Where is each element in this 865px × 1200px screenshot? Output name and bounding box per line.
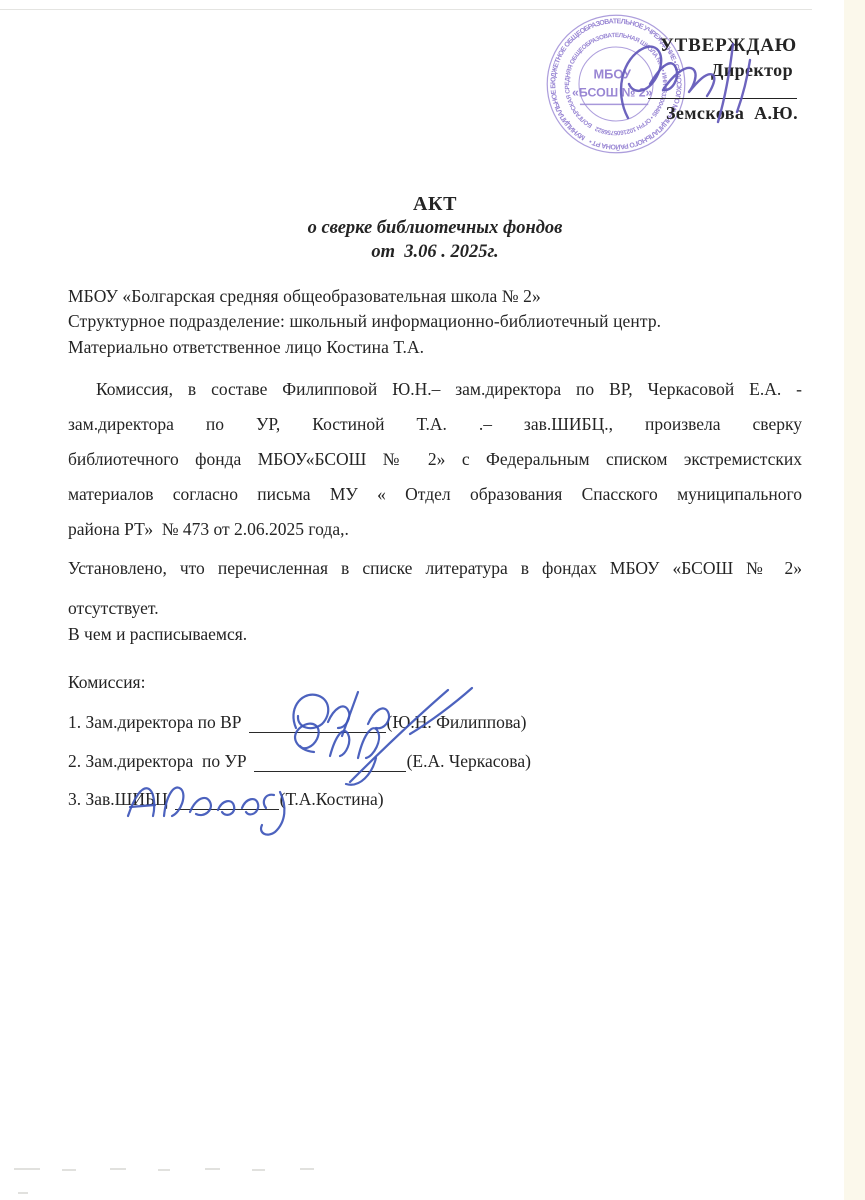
- main-paragraph: Комиссия, в составе Филипповой Ю.Н.– зам…: [68, 372, 802, 547]
- scan-artifact-dash: [110, 1168, 126, 1170]
- scan-artifact-right-band: [844, 0, 865, 1200]
- scan-artifact-dash: [62, 1169, 76, 1171]
- finding-statement: Установлено, что перечисленная в списке …: [68, 548, 802, 628]
- paragraph-line: библиотечного фонда МБОУ«БСОШ № 2» с Фед…: [68, 442, 802, 477]
- organization-name: МБОУ «Болгарская средняя общеобразовател…: [68, 284, 808, 309]
- scan-artifact-dash: [14, 1168, 40, 1170]
- member-role: 1. Зам.директора по ВР: [68, 712, 242, 732]
- document-title-block: АКТ о сверке библиотечных фондов от 3.06…: [68, 192, 802, 264]
- member-role: 2. Зам.директора по УР: [68, 751, 247, 771]
- member3-signature-ink: [118, 772, 308, 838]
- closing-statement: В чем и расписываемся.: [68, 620, 802, 649]
- scan-artifact-dash: [205, 1168, 220, 1170]
- paragraph-line: зам.директора по УР, Костиной Т.А. .– за…: [68, 407, 802, 442]
- responsible-person: Материально ответственное лицо Костина Т…: [68, 335, 808, 360]
- scan-artifact-dash: [18, 1192, 28, 1194]
- member2-signature-ink: [278, 688, 488, 802]
- scan-artifact-dash: [158, 1169, 170, 1171]
- paragraph-line: района РТ» № 473 от 2.06.2025 года,.: [68, 512, 802, 547]
- paragraph-line: Комиссия, в составе Филипповой Ю.Н.– зам…: [68, 372, 802, 407]
- scan-artifact-top-line: [0, 9, 812, 10]
- document-title: АКТ: [68, 192, 802, 216]
- document-date: от 3.06 . 2025г.: [68, 240, 802, 264]
- scan-artifact-dash: [300, 1168, 314, 1170]
- organization-header: МБОУ «Болгарская средняя общеобразовател…: [68, 284, 808, 360]
- paragraph-line: материалов согласно письма МУ « Отдел об…: [68, 477, 802, 512]
- director-signature-ink: [600, 30, 770, 130]
- structural-unit: Структурное подразделение: школьный инфо…: [68, 309, 808, 334]
- finding-line: Установлено, что перечисленная в списке …: [68, 548, 802, 588]
- scan-artifact-dash: [252, 1169, 265, 1171]
- scanned-document-page: МУНИЦИПАЛЬНОЕ БЮДЖЕТНОЕ ОБЩЕОБРАЗОВАТЕЛЬ…: [0, 0, 865, 1200]
- document-subtitle: о сверке библиотечных фондов: [68, 216, 802, 240]
